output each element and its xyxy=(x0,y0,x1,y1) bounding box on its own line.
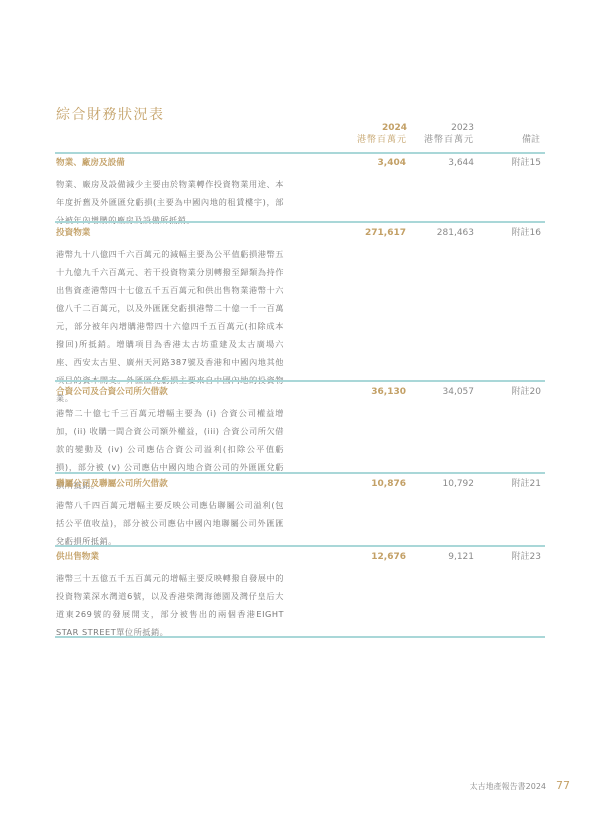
divider xyxy=(55,221,545,223)
divider xyxy=(55,472,545,474)
note-ref: 附註16 xyxy=(512,226,541,240)
column-header-2023-unit: 港幣百萬元 xyxy=(424,134,474,146)
page-footer: 太古地產報告書2024 77 xyxy=(470,779,570,792)
report-name: 太古地產報告書2024 xyxy=(470,781,546,792)
column-header-note: 備註 xyxy=(522,134,540,146)
value-2023: 10,792 xyxy=(443,477,475,491)
note-ref: 附註23 xyxy=(512,550,541,564)
divider xyxy=(55,152,545,154)
value-2023: 34,057 xyxy=(443,385,475,399)
section-property-plant-equipment: 物業、廠房及設備 3,404 3,644 附註15 物業、廠房及設備減少主要由於… xyxy=(56,156,546,229)
column-header-2024: 2024 港幣百萬元 xyxy=(357,122,407,146)
value-2024: 3,404 xyxy=(378,156,406,170)
section-body: 港幣九十八億四千六百萬元的減幅主要為公平值虧損港幣五十九億九千六百萬元、若干投資… xyxy=(56,245,284,407)
section-body: 港幣八千四百萬元增幅主要反映公司應佔聯屬公司溢利(包括公平值收益)，部分被公司應… xyxy=(56,496,284,550)
divider xyxy=(55,545,545,547)
column-header-2024-year: 2024 xyxy=(357,122,407,134)
column-header-2023: 2023 港幣百萬元 xyxy=(424,122,474,146)
value-2024: 271,617 xyxy=(365,226,406,240)
page-number: 77 xyxy=(556,779,570,792)
divider xyxy=(55,380,545,382)
page-title: 綜合財務狀況表 xyxy=(56,104,165,124)
value-2024: 12,676 xyxy=(371,550,406,564)
section-body: 港幣三十五億五千五百萬元的增幅主要反映轉撥自發展中的投資物業深水灣道6號，以及香… xyxy=(56,569,284,641)
column-header-2024-unit: 港幣百萬元 xyxy=(357,134,407,146)
section-properties-for-sale: 供出售物業 12,676 9,121 附註23 港幣三十五億五千五百萬元的增幅主… xyxy=(56,550,546,641)
divider xyxy=(55,636,545,638)
value-2023: 281,463 xyxy=(437,226,474,240)
value-2023: 3,644 xyxy=(448,156,474,170)
column-header-2023-year: 2023 xyxy=(424,122,474,134)
note-ref: 附註21 xyxy=(512,477,541,491)
value-2023: 9,121 xyxy=(448,550,474,564)
note-ref: 附註20 xyxy=(512,385,541,399)
section-associated-companies: 聯屬公司及聯屬公司所欠借款 10,876 10,792 附註21 港幣八千四百萬… xyxy=(56,477,546,550)
note-ref: 附註15 xyxy=(512,156,541,170)
value-2024: 36,130 xyxy=(371,385,406,399)
value-2024: 10,876 xyxy=(371,477,406,491)
